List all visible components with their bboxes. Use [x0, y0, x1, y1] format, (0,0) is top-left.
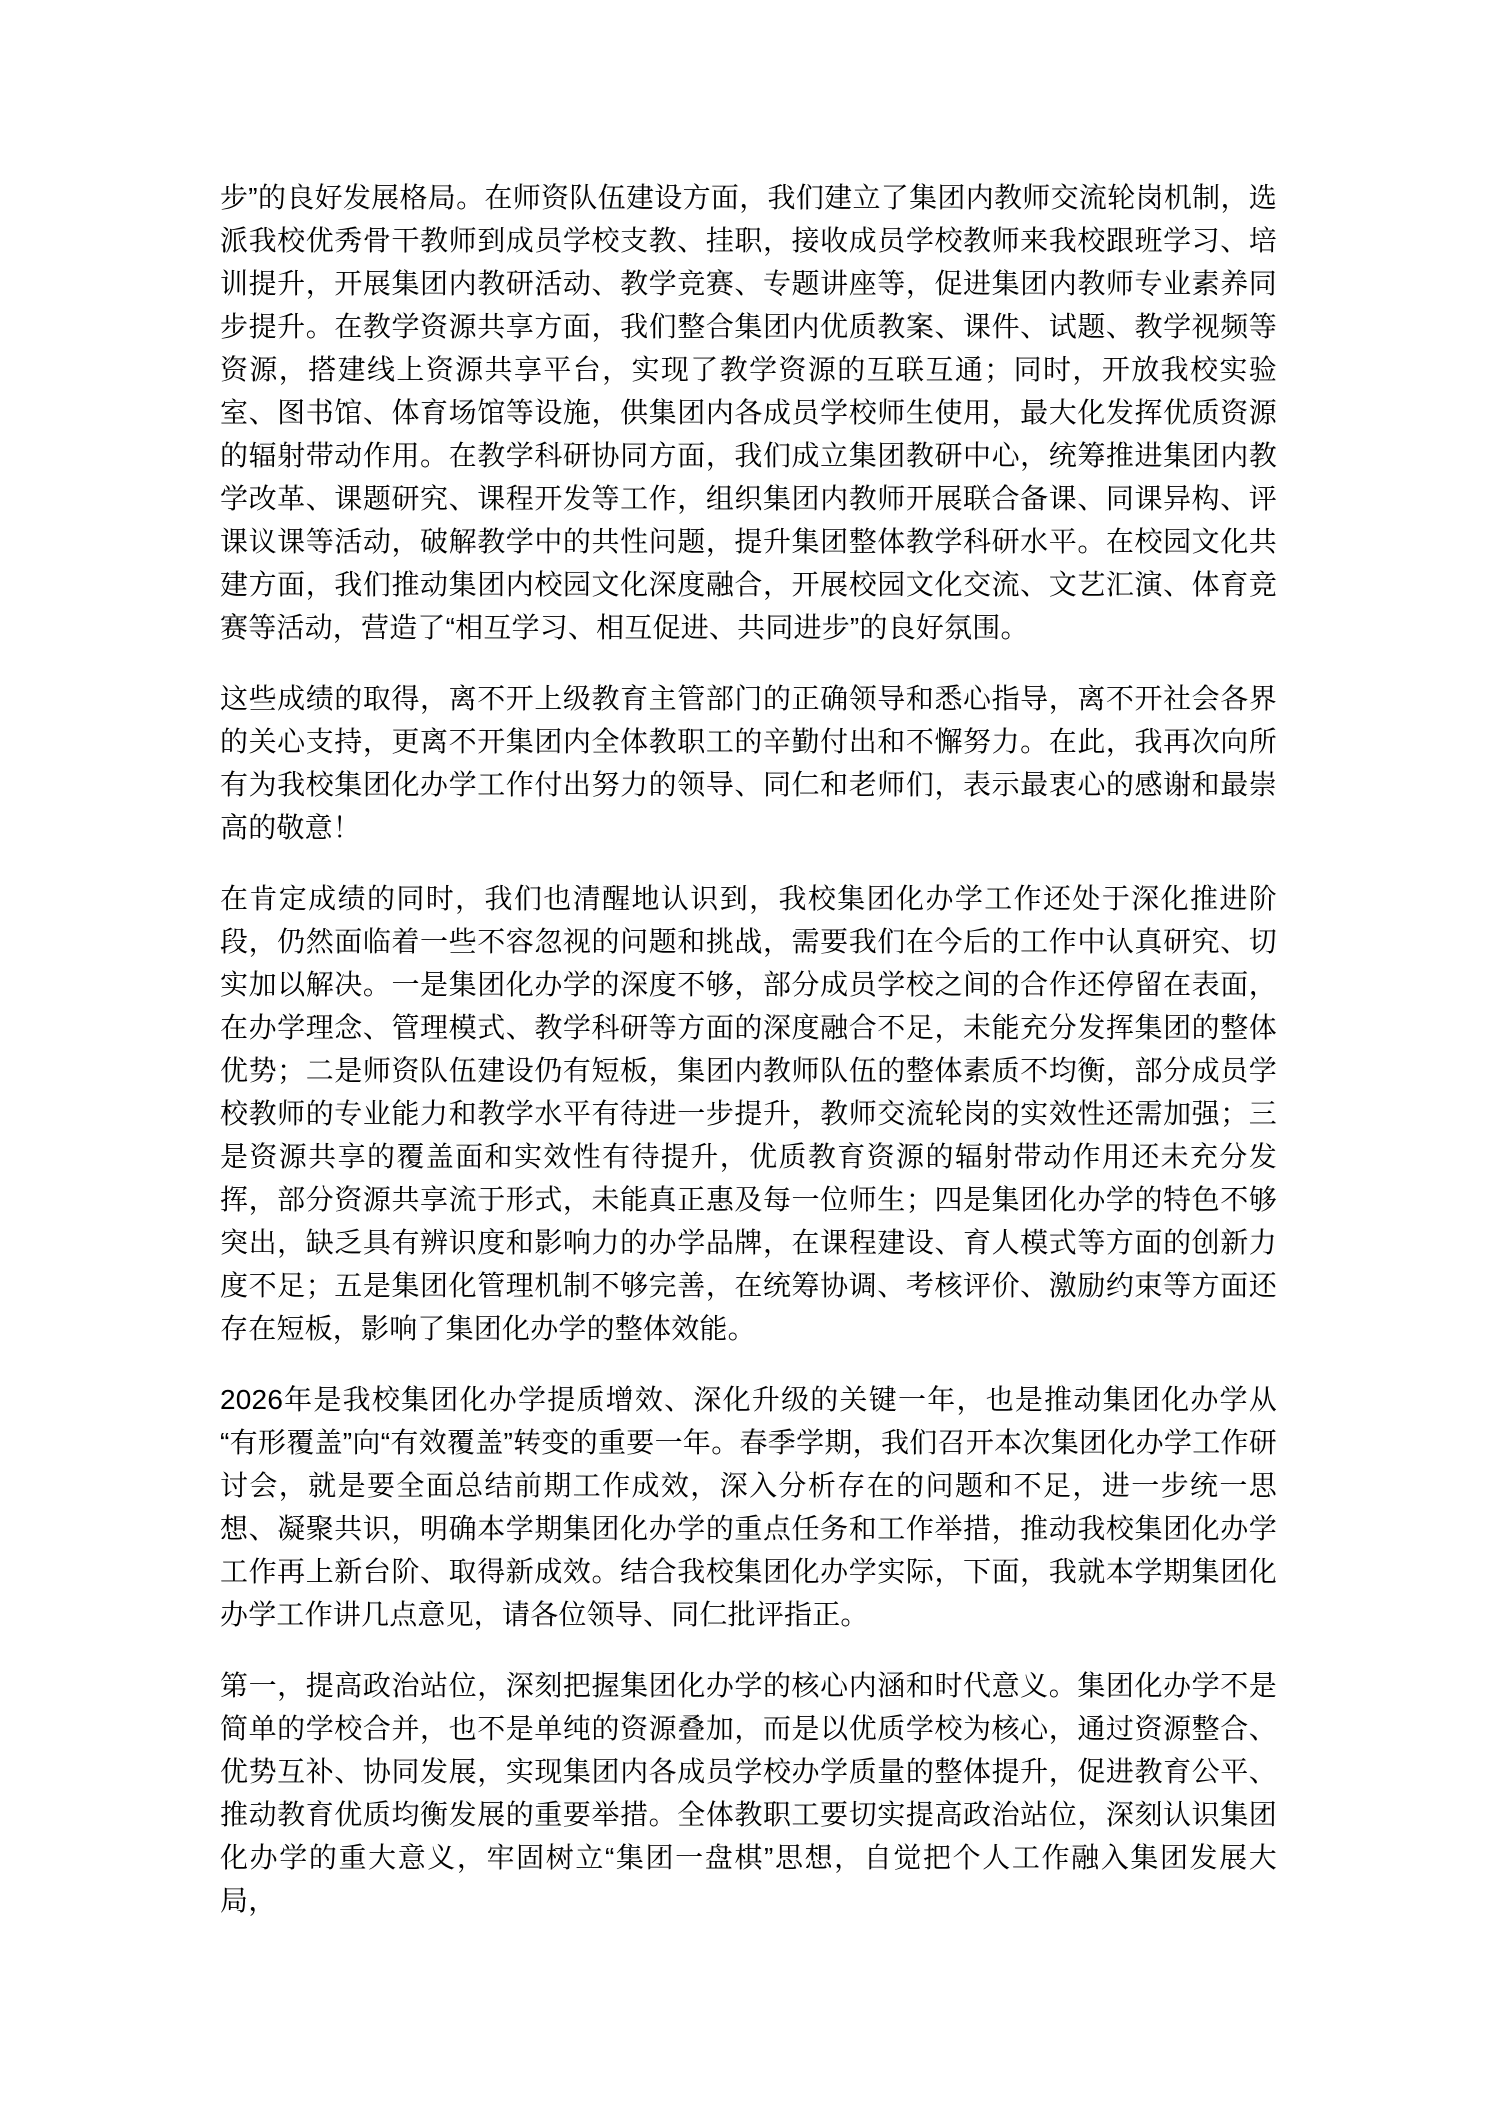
- paragraph-2026-outlook: 2026年是我校集团化办学提质增效、深化升级的关键一年，也是推动集团化办学从“有…: [220, 1378, 1277, 1636]
- paragraph-problems-and-challenges: 在肯定成绩的同时，我们也清醒地认识到，我校集团化办学工作还处于深化推进阶段，仍然…: [220, 877, 1277, 1350]
- paragraph-point-one-political-stance: 第一，提高政治站位，深刻把握集团化办学的核心内涵和时代意义。集团化办学不是简单的…: [220, 1664, 1277, 1922]
- paragraph-acknowledgements: 这些成绩的取得，离不开上级教育主管部门的正确领导和悉心指导，离不开社会各界的关心…: [220, 677, 1277, 849]
- document-page: 步”的良好发展格局。在师资队伍建设方面，我们建立了集团内教师交流轮岗机制，选派我…: [0, 0, 1493, 2112]
- paragraph-continuation-achievements: 步”的良好发展格局。在师资队伍建设方面，我们建立了集团内教师交流轮岗机制，选派我…: [220, 176, 1277, 649]
- document-body: 步”的良好发展格局。在师资队伍建设方面，我们建立了集团内教师交流轮岗机制，选派我…: [220, 176, 1277, 1922]
